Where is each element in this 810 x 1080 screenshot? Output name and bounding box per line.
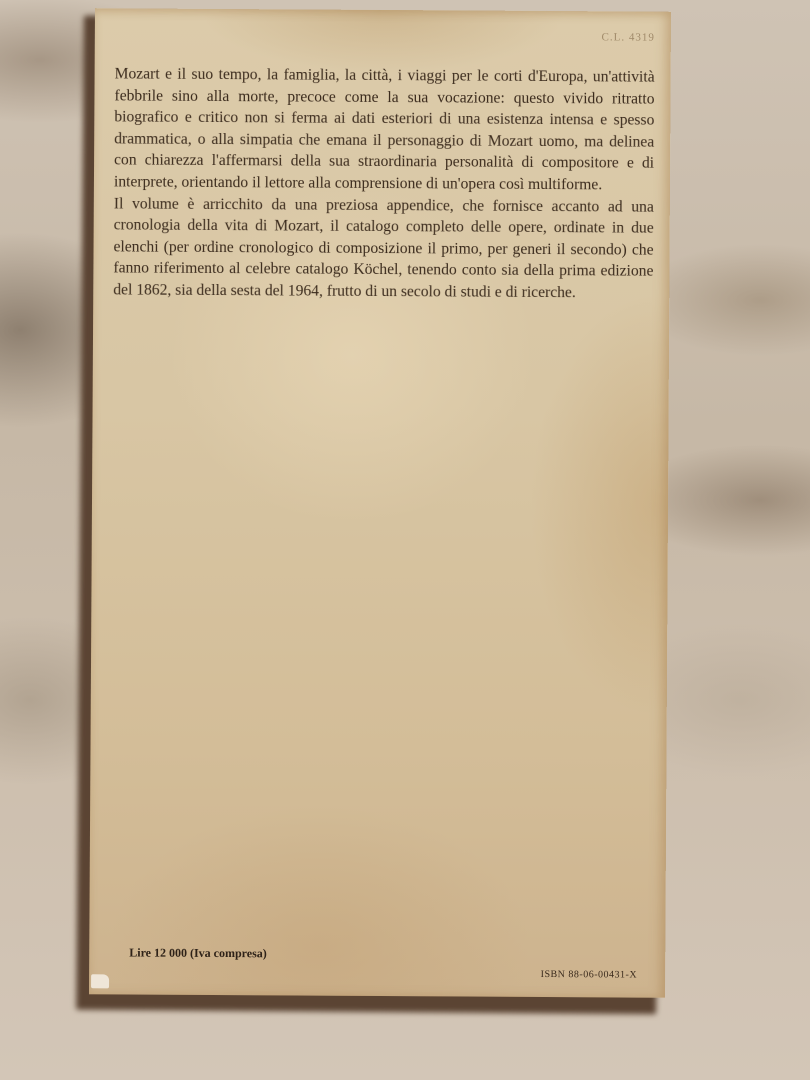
blurb-text: Mozart e il suo tempo, la famiglia, la c… bbox=[113, 63, 654, 304]
price-label: Lire 12 000 (Iva compresa) bbox=[129, 945, 267, 961]
blurb-paragraph-2: Il volume è arricchito da una preziosa a… bbox=[113, 193, 654, 304]
catalog-code: C.L. 4319 bbox=[601, 31, 654, 43]
blurb-paragraph-1: Mozart e il suo tempo, la famiglia, la c… bbox=[114, 63, 655, 196]
book-back-cover: C.L. 4319 Mozart e il suo tempo, la fami… bbox=[89, 8, 671, 998]
isbn-label: ISBN 88-06-00431-X bbox=[541, 969, 638, 981]
torn-corner bbox=[91, 974, 109, 988]
